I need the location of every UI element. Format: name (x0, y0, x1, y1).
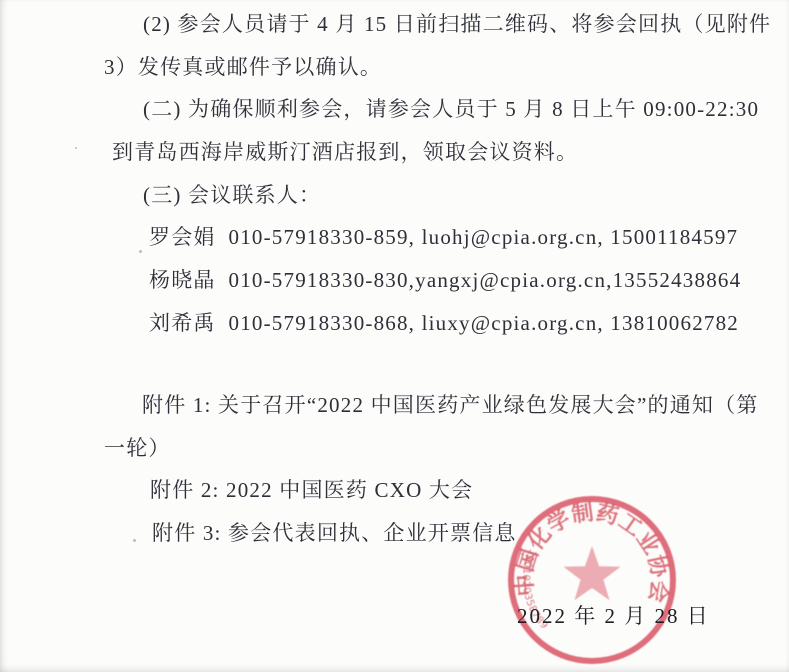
scanned-notice-page: (2) 参会人员请于 4 月 15 日前扫描二维码、将参会回执（见附件 3）发传… (0, 0, 789, 672)
doc-line: (2) 参会人员请于 4 月 15 日前扫描二维码、将参会回执（见附件 (143, 13, 771, 35)
attachment-line: 附件 3: 参会代表回执、企业开票信息 (152, 522, 517, 544)
attachment-line: 附件 2: 2022 中国医药 CXO 大会 (150, 479, 473, 501)
seal-graphic: 中国化学制药工业协会 1101020358789 (497, 485, 687, 672)
scan-speck (75, 147, 77, 149)
issue-date: 2022 年 2 月 28 日 (517, 600, 710, 630)
contact-line: 刘希禹 010-57918330-868, liuxy@cpia.org.cn,… (149, 312, 739, 334)
doc-line: 到青岛西海岸威斯汀酒店报到，领取会议资料。 (112, 141, 578, 163)
official-seal: 中国化学制药工业协会 1101020358789 (497, 485, 687, 672)
doc-line: (二) 为确保顺利参会，请参会人员于 5 月 8 日上午 09:00-22:30 (143, 98, 759, 120)
scan-speck (139, 250, 142, 253)
star-icon (564, 546, 621, 600)
attachment-line: 附件 1: 关于召开“2022 中国医药产业绿色发展大会”的通知（第 (142, 394, 759, 416)
attachment-line: 一轮） (104, 437, 171, 459)
contact-line: 杨晓晶 010-57918330-830,yangxj@cpia.org.cn,… (149, 269, 741, 291)
contact-line: 罗会娟 010-57918330-859, luohj@cpia.org.cn,… (149, 226, 738, 248)
doc-line: (三) 会议联系人： (143, 184, 321, 206)
scan-speck (133, 539, 136, 542)
doc-line: 3）发传真或邮件予以确认。 (104, 56, 382, 78)
